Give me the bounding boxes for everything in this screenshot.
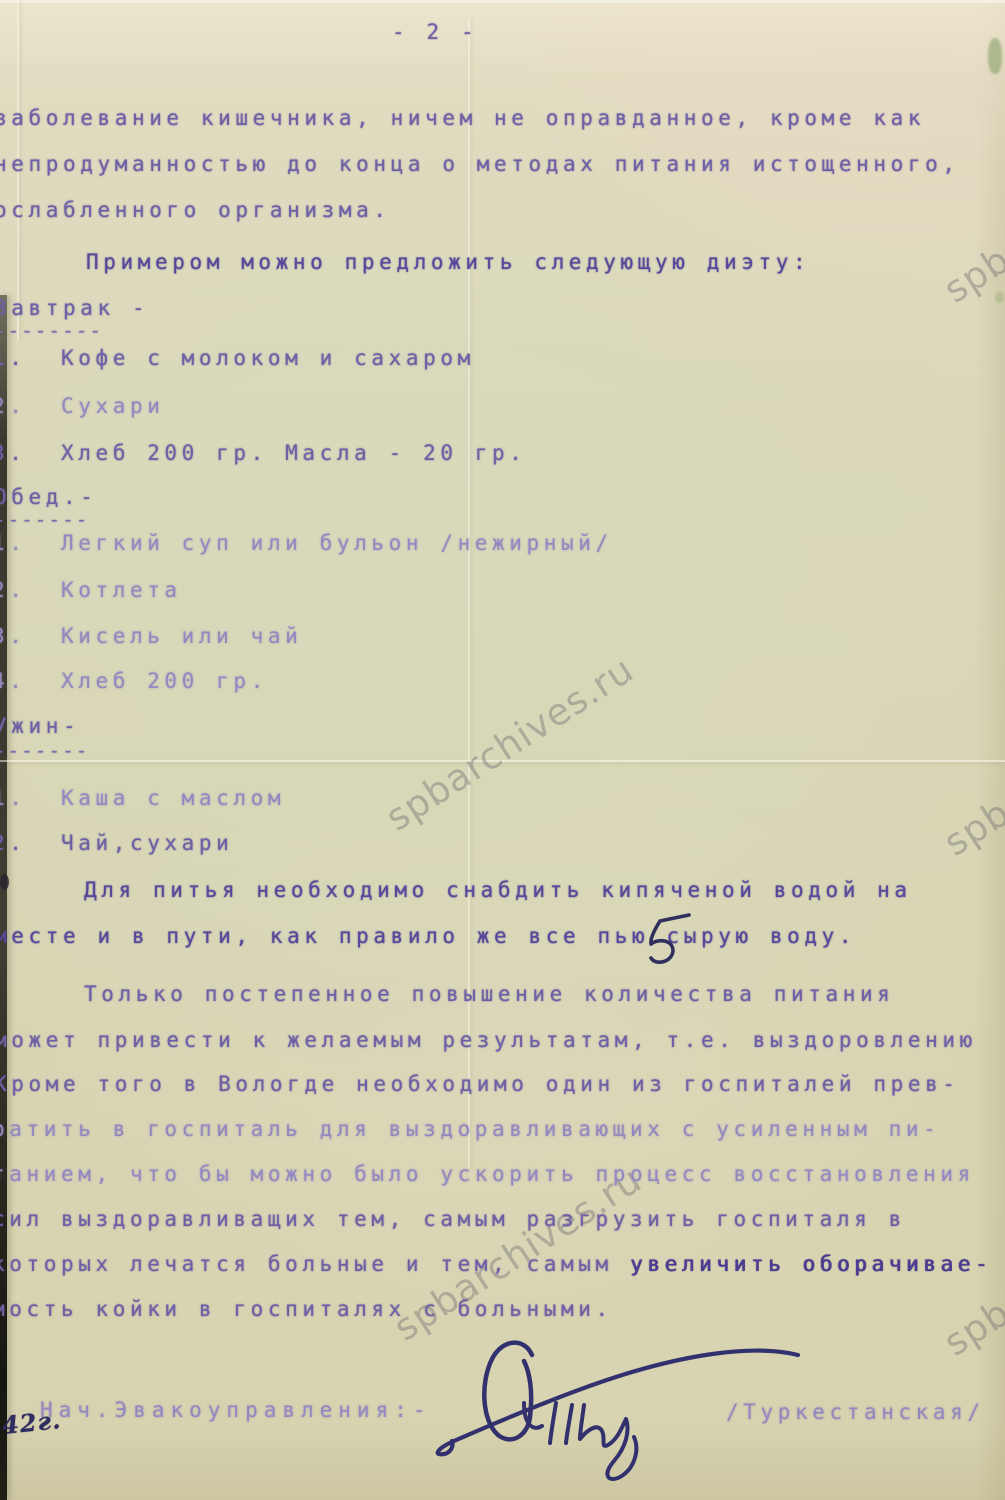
conclusion-line-2: может привести к желаемым результатам, т… — [0, 1028, 977, 1053]
supper-item-2: 2. Чай,сухари — [0, 831, 233, 856]
breakfast-item-3: 3. Хлеб 200 гр. Масла - 20 гр. — [0, 441, 527, 466]
green-smudge — [988, 38, 1002, 74]
green-dot — [995, 292, 1004, 303]
conclusion-line-3: Кроме того в Вологде необходимо один из … — [0, 1072, 960, 1097]
conclusion-line-8: мость койки в госпиталях с больными. — [0, 1297, 613, 1322]
conclusion-line-7: которых лечатся больные и тем, самым уве… — [0, 1252, 992, 1277]
conclusion-line-1: Только постепенное повышение количества … — [84, 982, 894, 1007]
signature-autograph — [420, 1325, 820, 1485]
breakfast-title: Завтрак - — [0, 296, 149, 321]
supper-title-underline: ------- — [0, 740, 89, 763]
water-line-1: Для питья необходимо снабдить кипяченой … — [84, 878, 912, 903]
conclusion-line-6: сил выздоравливащих тем, самым разгрузит… — [0, 1207, 906, 1232]
document-scan-page: { "page": { "number_label": "- 2 -", "wa… — [0, 0, 1005, 1500]
margin-note-date: 42г. — [1, 1405, 63, 1440]
paper-top-edge — [0, 0, 1005, 3]
breakfast-item-2: 2. Сухари — [0, 394, 164, 419]
handwritten-correction-mark — [645, 908, 697, 966]
ink-blob — [0, 874, 9, 890]
dinner-item-1: 1. Легкий суп или бульон /нежирный/ — [0, 531, 613, 556]
dinner-item-4: 4. Хлеб 200 гр. — [0, 669, 268, 694]
conclusion-line-7-normal: которых лечатся больные и тем, самым — [0, 1252, 630, 1276]
signer-title: Нач.Эвакоуправления:- — [40, 1398, 432, 1423]
diet-lead-line: Примером можно предложить следующую диэт… — [86, 250, 810, 275]
page-number: - 2 - — [392, 20, 478, 45]
watermark-center-upper: spbarchives.ru — [378, 648, 641, 840]
conclusion-line-4: ратить в госпиталь для выздоравливающих … — [0, 1117, 940, 1142]
intro-line-3: ослабленного организма. — [0, 198, 391, 223]
watermark-right-top-fragment: spbarchives.ru — [936, 120, 1005, 312]
dinner-item-2: 2. Котлета — [0, 578, 182, 603]
water-line-2: месте и в пути, как правило же все пью с… — [0, 924, 856, 949]
breakfast-item-1: 1. Кофе с молоком и сахаром — [0, 346, 475, 371]
dinner-title: Обед.- — [0, 485, 97, 510]
conclusion-line-7-bold: увеличить оборачивае- — [630, 1252, 992, 1276]
intro-line-2: непродуманностью до конца о методах пита… — [0, 152, 960, 177]
intro-line-1: заболевание кишечника, ничем не оправдан… — [0, 106, 925, 131]
dinner-item-3: 3. Кисель или чай — [0, 624, 302, 649]
breakfast-title-underline: -------- — [0, 320, 103, 343]
watermark-right-mid-fragment: spbarchives.ru — [936, 673, 1005, 865]
supper-title: Ужин- — [0, 714, 80, 739]
conclusion-line-5: танием, что бы можно было ускорить проце… — [0, 1162, 975, 1187]
supper-item-1: 1. Каша с маслом — [0, 786, 285, 811]
dinner-title-underline: ------- — [0, 509, 89, 532]
